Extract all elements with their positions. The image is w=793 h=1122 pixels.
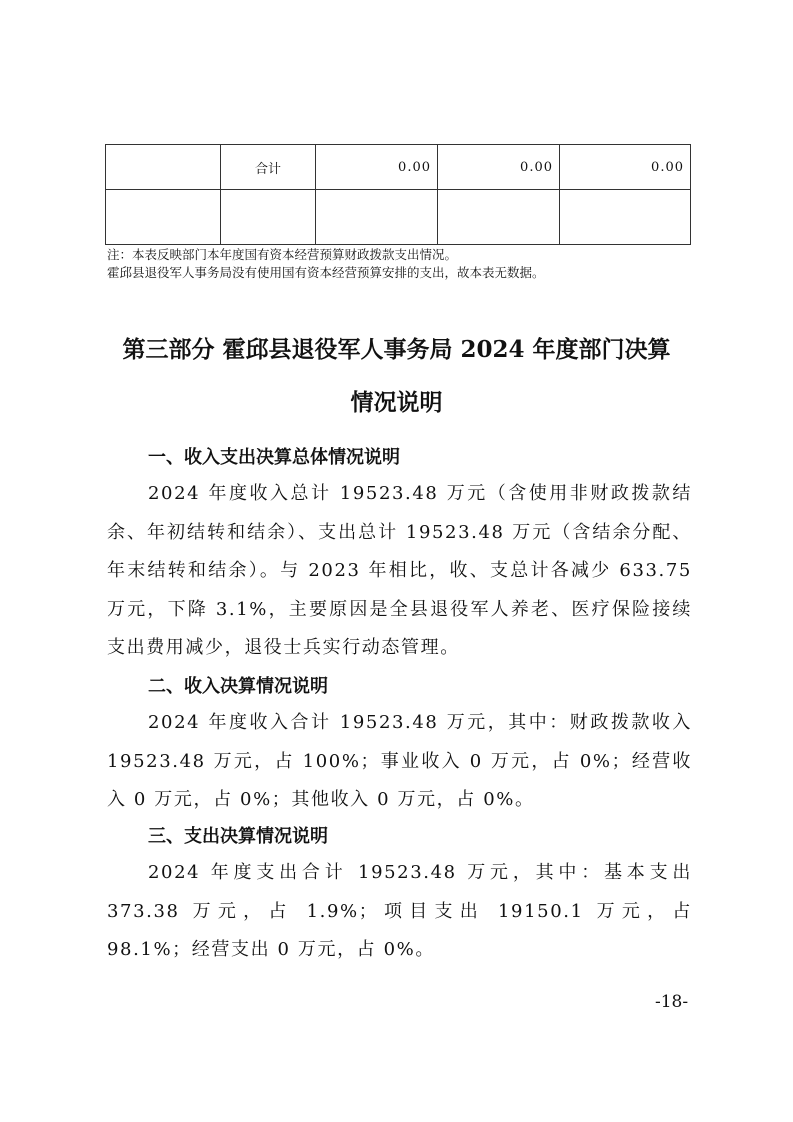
table-cell-value: 0.00 bbox=[438, 145, 560, 190]
part-title-line1: 第三部分 霍邱县退役军人事务局 2024 年度部门决算 bbox=[0, 331, 793, 364]
table-cell bbox=[438, 190, 560, 245]
section-body-2: 2024 年度收入合计 19523.48 万元，其中：财政拨款收入 19523.… bbox=[107, 704, 692, 820]
section-heading-2: 二、收入决算情况说明 bbox=[148, 672, 328, 698]
section-heading-1: 一、收入支出决算总体情况说明 bbox=[148, 443, 400, 469]
state-capital-budget-table: 合计 0.00 0.00 0.00 bbox=[105, 144, 691, 245]
table-cell bbox=[221, 190, 316, 245]
table-cell-value: 0.00 bbox=[316, 145, 438, 190]
table-row-total: 合计 0.00 0.00 0.00 bbox=[106, 145, 691, 190]
page-number: -18- bbox=[655, 992, 688, 1012]
section-body-1: 2024 年度收入总计 19523.48 万元（含使用非财政拨款结余、年初结转和… bbox=[107, 475, 692, 668]
section-heading-3: 三、支出决算情况说明 bbox=[148, 822, 328, 848]
part-title-line2: 情况说明 bbox=[0, 384, 793, 417]
section-body-3: 2024 年度支出合计 19523.48 万元，其中：基本支出 373.38 万… bbox=[107, 854, 692, 970]
table-note-1: 注：本表反映部门本年度国有资本经营预算财政拨款支出情况。 bbox=[107, 246, 457, 263]
table-cell-value: 0.00 bbox=[560, 145, 691, 190]
table-cell bbox=[106, 145, 221, 190]
table-cell bbox=[560, 190, 691, 245]
table-cell bbox=[106, 190, 221, 245]
table-row-empty bbox=[106, 190, 691, 245]
table-cell bbox=[316, 190, 438, 245]
total-label-cell: 合计 bbox=[221, 145, 316, 190]
table-note-2: 霍邱县退役军人事务局没有使用国有资本经营预算安排的支出，故本表无数据。 bbox=[107, 264, 545, 281]
